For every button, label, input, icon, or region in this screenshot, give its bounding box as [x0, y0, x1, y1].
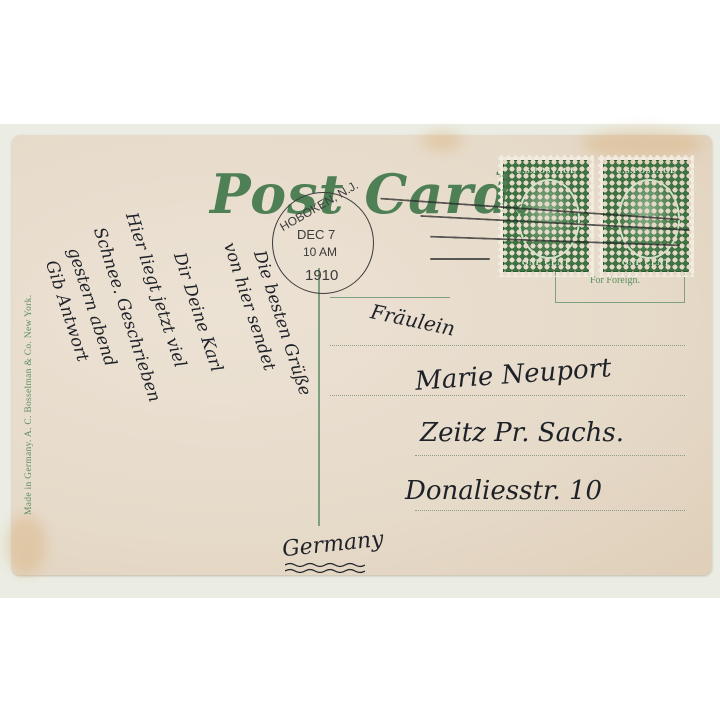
- stamp-top-text: U.S.POSTAGE: [604, 165, 688, 175]
- stamp-pair: U.S.POSTAGE ONE CENT U.S.POSTAGE ONE CEN…: [498, 155, 694, 277]
- address-line: [330, 395, 685, 396]
- address-line: [330, 345, 685, 346]
- address-line: [330, 297, 450, 298]
- center-divider: [318, 268, 320, 526]
- address-street: Donaliesstr. 10: [405, 476, 602, 506]
- franklin-portrait-icon: [518, 179, 580, 259]
- address-city: Zeitz Pr. Sachs.: [420, 418, 624, 448]
- stamp-top-text: U.S.POSTAGE: [504, 165, 588, 175]
- postcard-title: Post Card.: [210, 162, 532, 226]
- country-underline: [285, 562, 365, 574]
- age-stain: [422, 131, 462, 151]
- cancel-line: [430, 258, 490, 260]
- postmark-time: 10 AM: [303, 245, 337, 259]
- postmark-date: DEC 7: [297, 227, 335, 242]
- stamp-value-text: ONE CENT: [604, 257, 688, 267]
- stamp: U.S.POSTAGE ONE CENT: [498, 155, 594, 277]
- address-line: [415, 455, 685, 456]
- postmark: HOBOKEN, N.J. DEC 7 10 AM 1910: [272, 192, 374, 294]
- publisher-line: Made in Germany. A. C. Bosselman & Co. N…: [24, 295, 34, 515]
- stamp-value-text: ONE CENT: [504, 257, 588, 267]
- address-line: [415, 510, 685, 511]
- postmark-year: 1910: [305, 267, 338, 284]
- age-stain: [6, 515, 46, 575]
